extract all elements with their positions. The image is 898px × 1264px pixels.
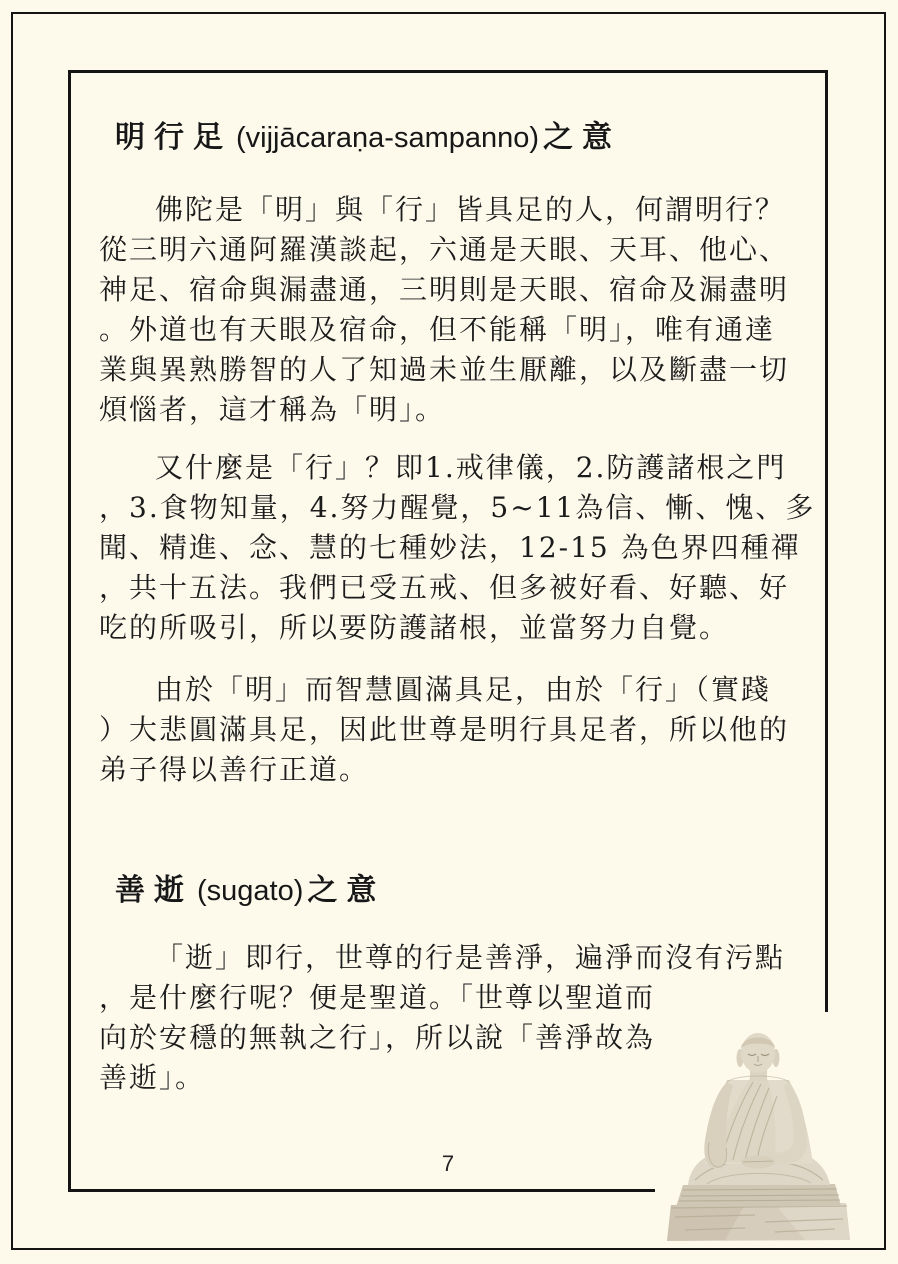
- document-page: 明行足(vijjācaraṇa-sampanno)之意 佛陀是「明」與「行」皆具…: [0, 0, 898, 1264]
- heading-2-latin: (sugato): [197, 875, 303, 907]
- text-line: 神足、宿命與漏盡通，三明則是天眼、宿命及漏盡明: [99, 270, 797, 310]
- paragraph-3: 由於「明」而智慧圓滿具足，由於「行」（實踐 ）大悲圓滿具足，因此世尊是明行具足者…: [99, 670, 797, 790]
- buddha-statue-image: [655, 1012, 862, 1243]
- text-line: 吃的所吸引，所以要防護諸根，並當努力自覺。: [99, 608, 797, 648]
- heading-1-cjk-suffix: 之意: [543, 120, 621, 155]
- text-line: ，共十五法。我們已受五戒、但多被好看、好聽、好: [99, 568, 797, 608]
- text-line: 佛陀是「明」與「行」皆具足的人，何謂明行？: [99, 190, 797, 230]
- text-line: 弟子得以善行正道。: [99, 750, 797, 790]
- text-line: 從三明六通阿羅漢談起，六通是天眼、天耳、他心、: [99, 230, 797, 270]
- heading-1-latin: (vijjācaraṇa-sampanno): [236, 122, 539, 154]
- text-line: 又什麼是「行」？即1.戒律儀，2.防護諸根之門: [99, 448, 797, 488]
- paragraph-2: 又什麼是「行」？即1.戒律儀，2.防護諸根之門 ，3.食物知量，4.努力醒覺，5…: [99, 448, 797, 648]
- text-line: 業與異熟勝智的人了知過未並生厭離，以及斷盡一切: [99, 350, 797, 390]
- text-line: 聞、精進、念、慧的七種妙法，12-15 為色界四種禪: [99, 528, 797, 568]
- text-line: 由於「明」而智慧圓滿具足，由於「行」（實踐: [99, 670, 797, 710]
- text-line: 「逝」即行，世尊的行是善淨，遍淨而沒有污點: [99, 938, 797, 978]
- section-heading-1: 明行足(vijjācaraṇa-sampanno)之意: [115, 115, 797, 161]
- text-line: ）大悲圓滿具足，因此世尊是明行具足者，所以他的: [99, 710, 797, 750]
- text-line: 煩惱者，這才稱為「明」。: [99, 390, 797, 430]
- heading-2-cjk-suffix: 之意: [307, 873, 385, 908]
- heading-1-cjk-prefix: 明行足: [115, 120, 232, 155]
- text-line: ，3.食物知量，4.努力醒覺，5~11為信、慚、愧、多: [99, 488, 797, 528]
- text-line: 。外道也有天眼及宿命，但不能稱「明」，唯有通達: [99, 310, 797, 350]
- heading-2-cjk-prefix: 善逝: [115, 873, 193, 908]
- section-heading-2: 善逝(sugato)之意: [115, 868, 797, 914]
- paragraph-1: 佛陀是「明」與「行」皆具足的人，何謂明行？ 從三明六通阿羅漢談起，六通是天眼、天…: [99, 190, 797, 430]
